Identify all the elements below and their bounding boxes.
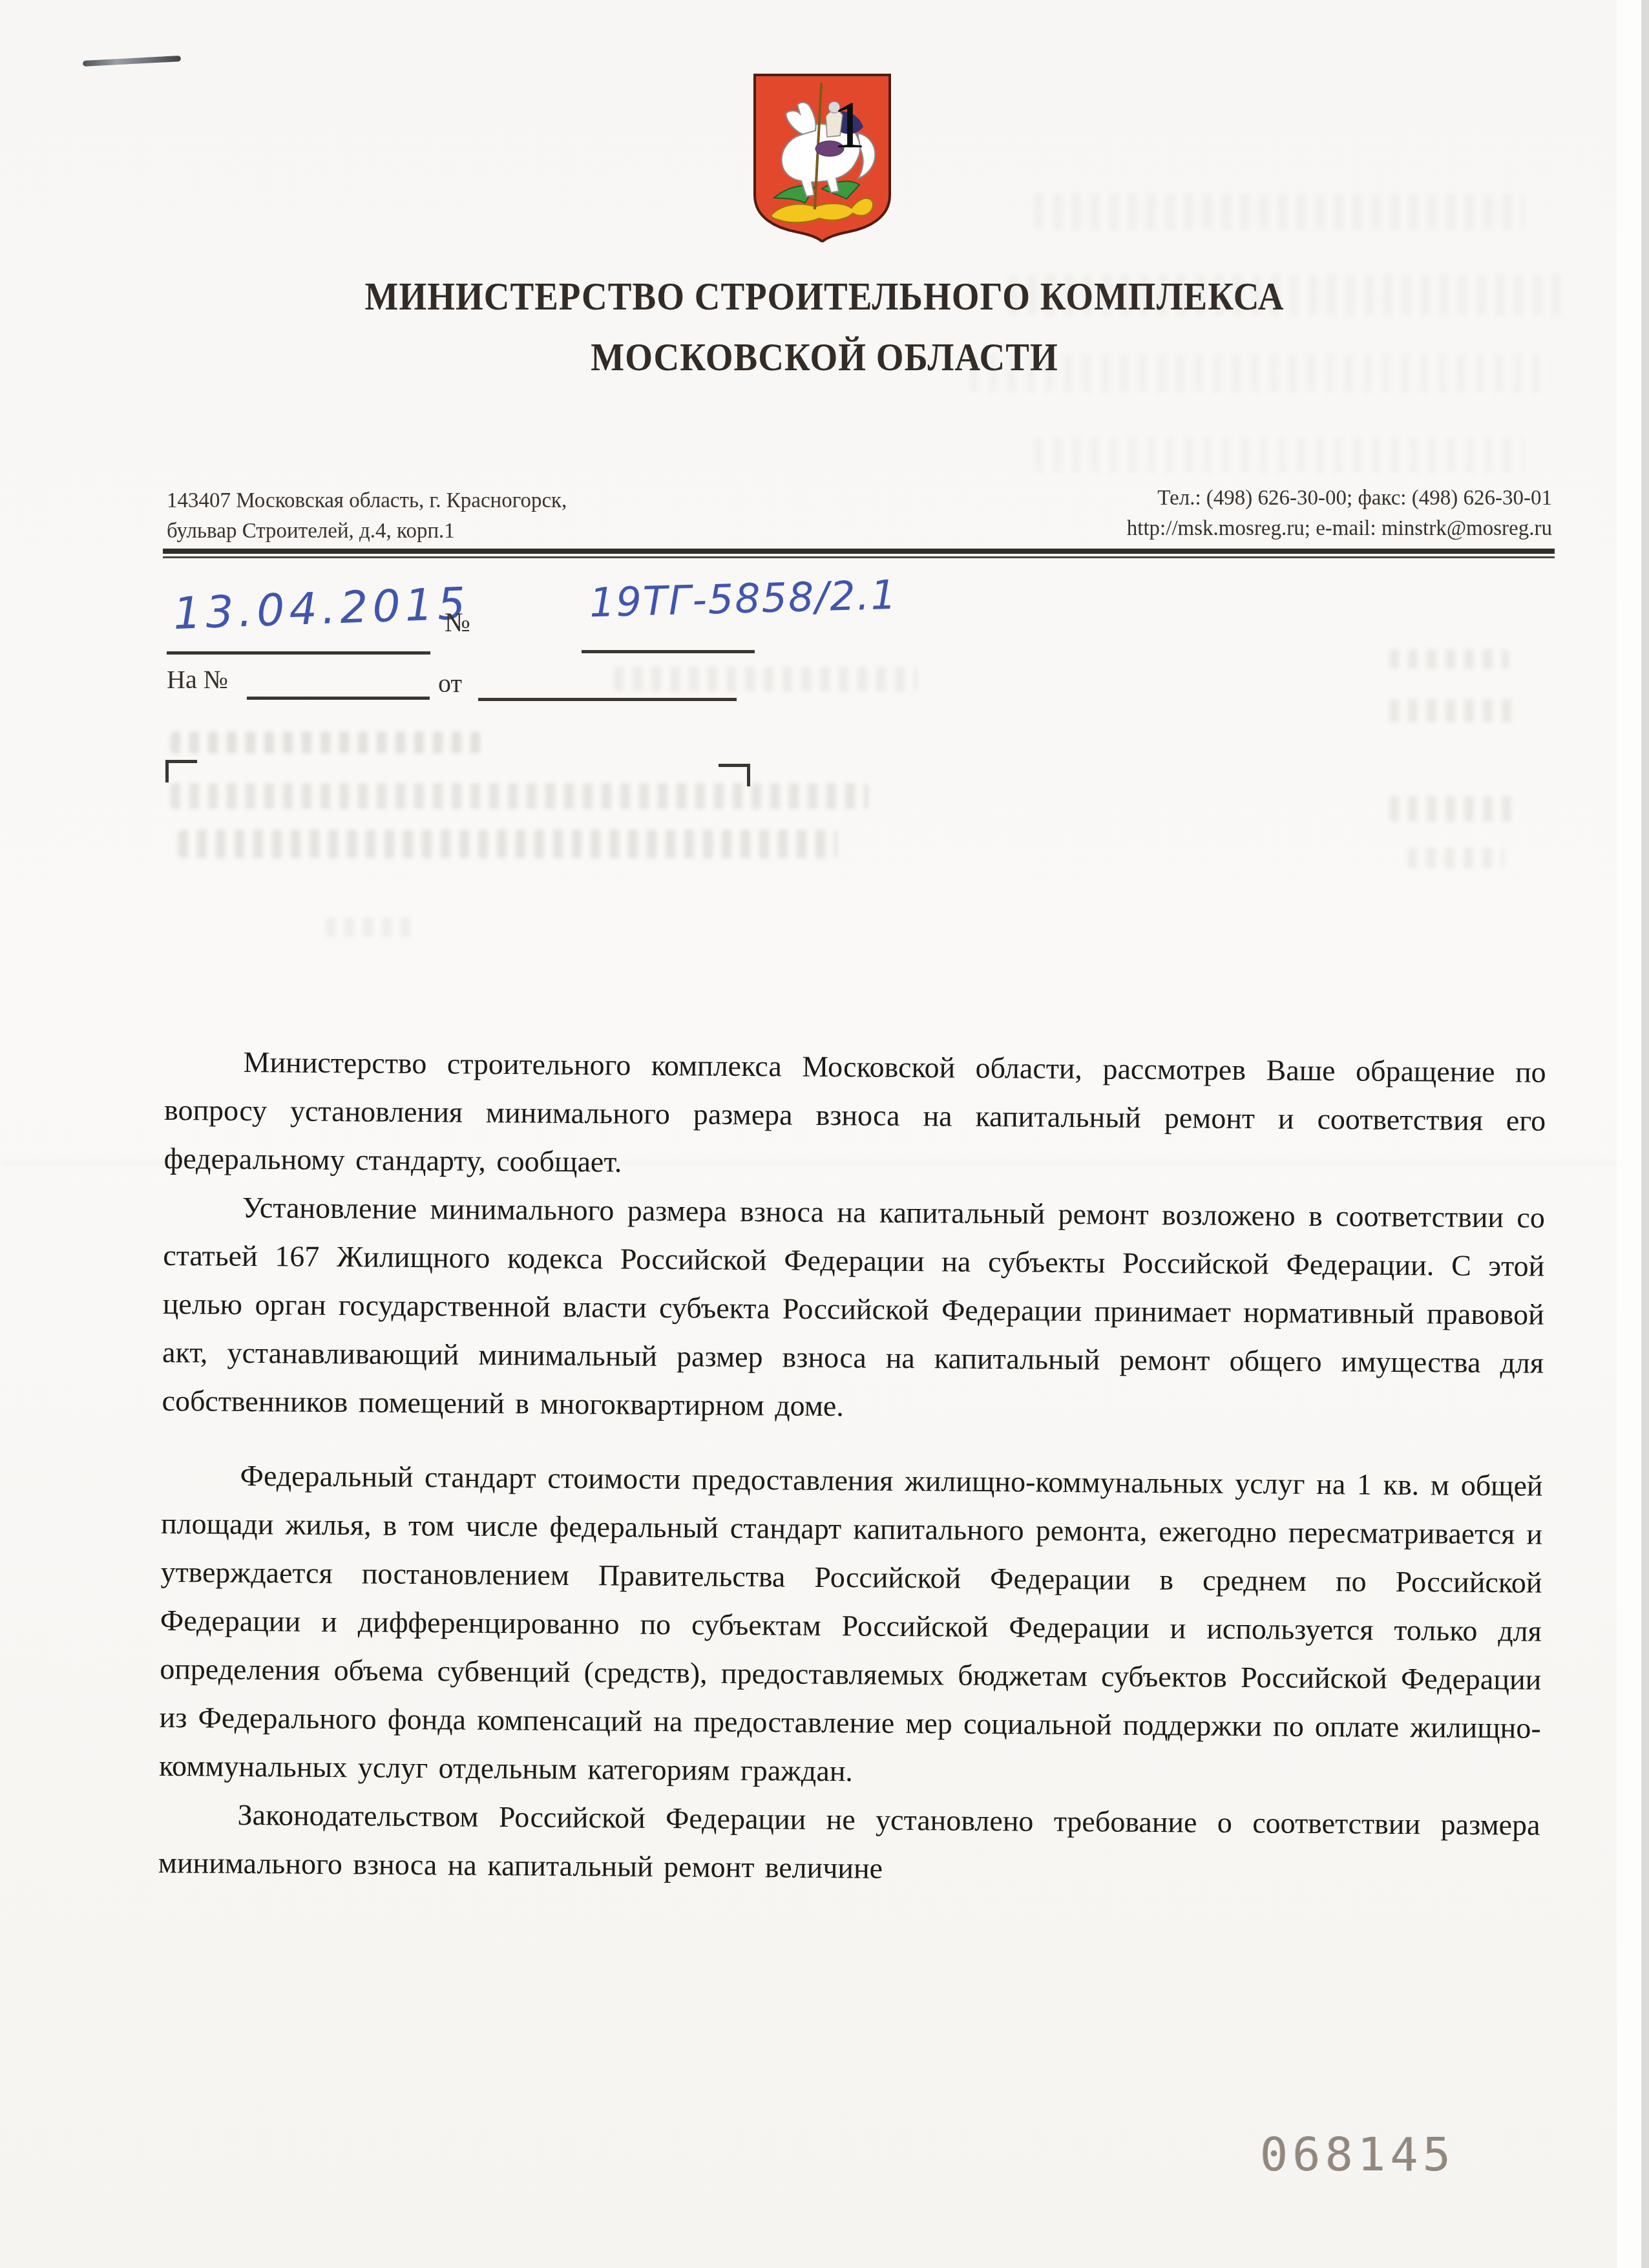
number-sign-label: №: [445, 607, 470, 638]
bleed-through-text: [1407, 848, 1504, 868]
bleed-through-text: [1389, 796, 1515, 822]
bleed-through-text: [1034, 437, 1525, 473]
body-paragraph-2: Установление минимального размера взноса…: [162, 1182, 1545, 1436]
contact-info: Тел.: (498) 626-30-00; факс: (498) 626-3…: [1127, 483, 1552, 544]
scan-page-number: 1: [832, 92, 866, 159]
letter-body: Министерство строительного комплекса Мос…: [158, 1037, 1546, 1898]
letterhead-divider: [163, 549, 1555, 554]
scan-edge-highlight: [1617, 0, 1641, 2268]
incoming-number-underline: [247, 697, 430, 700]
date-underline: [167, 651, 430, 655]
incoming-date-underline: [478, 698, 737, 701]
number-underline: [582, 650, 755, 653]
postal-address-line1: 143407 Московская область, г. Красногорс…: [167, 486, 567, 516]
body-paragraph-4: Законодательством Российской Федерации н…: [158, 1790, 1540, 1898]
body-paragraph-1: Министерство строительного комплекса Мос…: [163, 1037, 1546, 1193]
postal-address: 143407 Московская область, г. Красногорс…: [167, 486, 567, 547]
bleed-through-text: [178, 830, 837, 858]
postal-address-line2: бульвар Строителей, д.4, корп.1: [167, 516, 567, 547]
staple-mark: [83, 56, 181, 67]
bleed-through-text: [326, 918, 416, 937]
contact-web-email: http://msk.mosreg.ru; e-mail: minstrk@mo…: [1127, 514, 1552, 544]
bleed-through-text: [1034, 194, 1525, 230]
bleed-through-text: [1389, 699, 1515, 722]
scan-edge-shadow: [1641, 0, 1649, 2268]
page-numbering-stamp: 068145: [1260, 2127, 1455, 2181]
bleed-through-text: [171, 783, 868, 809]
address-zone-bracket-left: [165, 760, 197, 782]
na-no-label: На №: [167, 664, 228, 695]
bleed-through-text: [171, 731, 481, 753]
handwritten-outgoing-number: 19ТГ-5858/2.1: [589, 571, 898, 626]
bleed-through-text: [1389, 649, 1509, 669]
coat-of-arms-moscow-oblast: [750, 71, 895, 242]
contact-phone-fax: Тел.: (498) 626-30-00; факс: (498) 626-3…: [1127, 483, 1552, 514]
bleed-through-text: [1008, 275, 1564, 316]
bleed-through-text: [614, 667, 918, 691]
handwritten-date: 13.04.2015: [173, 578, 471, 640]
ot-label: от: [438, 668, 462, 698]
bleed-through-text: [969, 354, 1551, 393]
body-paragraph-3: Федеральный стандарт стоимости предостав…: [159, 1451, 1543, 1801]
scanned-letter-page: 1 МИНИСТЕРСТВО СТРОИТЕЛЬНОГО КОМПЛЕКСА М…: [0, 0, 1649, 2268]
